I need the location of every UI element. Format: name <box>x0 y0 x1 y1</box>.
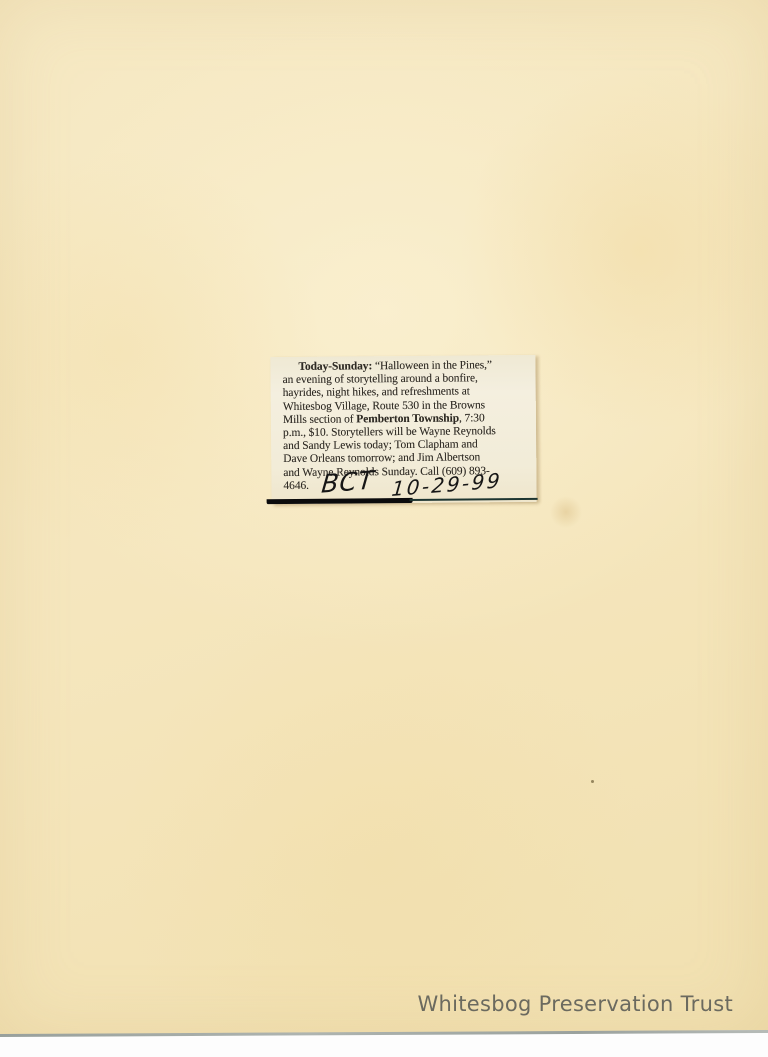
text-segment: Dave Orleans tomorrow; and Jim Albertson <box>283 452 480 466</box>
clipping-torn-rule-thin <box>409 497 537 501</box>
archival-paper-sheet: Today-Sunday: “Halloween in the Pines,” … <box>0 0 768 1036</box>
text-segment: p.m., $10. Storytellers will be Wayne Re… <box>283 425 496 439</box>
text-segment: Mills section of <box>283 413 356 426</box>
text-segment: Whitesbog Village, Route 530 in the Brow… <box>283 399 485 413</box>
text-segment: “Halloween in the Pines,” <box>372 359 492 372</box>
clipping-torn-rule-thick <box>267 497 413 504</box>
paper-speck <box>591 780 594 783</box>
text-segment-bold: Pemberton Township <box>356 412 459 425</box>
text-segment: hayrides, night hikes, and refreshments … <box>283 386 470 400</box>
text-segment: and Sandy Lewis today; Tom Clapham and <box>283 438 478 452</box>
text-segment: , 7:30 <box>459 412 485 424</box>
clipping-text-line: p.m., $10. Storytellers will be Wayne Re… <box>283 425 530 440</box>
watermark-text: Whitesbog Preservation Trust <box>417 992 733 1016</box>
text-segment: an evening of storytelling around a bonf… <box>283 373 478 387</box>
text-segment: 4646. <box>283 480 308 492</box>
text-segment-bold: Today-Sunday: <box>298 360 372 373</box>
handwritten-source-initials: BCT <box>320 465 376 498</box>
newspaper-clipping: Today-Sunday: “Halloween in the Pines,” … <box>270 355 536 504</box>
scanned-document: Today-Sunday: “Halloween in the Pines,” … <box>0 0 768 1057</box>
